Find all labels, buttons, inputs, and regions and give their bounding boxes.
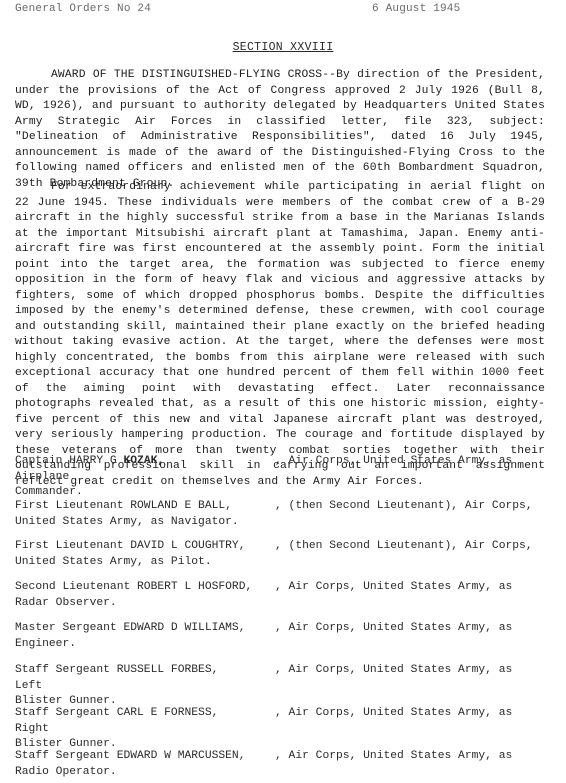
recipient-entry: Master Sergeant EDWARD D WILLIAMS,, Air … <box>15 621 545 652</box>
recipient-rank-name: Captain HARRY G <box>15 455 117 467</box>
recipient-entry: Staff Sergeant RUSSELL FORBES,, Air Corp… <box>15 663 545 710</box>
recipient-rank-name: First Lieutenant DAVID L COUGHTRY, <box>15 539 275 555</box>
recipient-entry: Second Lieutenant ROBERT L HOSFORD,, Air… <box>15 580 545 611</box>
section-title: SECTION XXVIII <box>0 41 566 54</box>
order-date: 6 August 1945 <box>372 3 460 15</box>
award-title: AWARD OF THE DISTINGUISHED-FLYING CROSS <box>51 69 322 81</box>
recipient-entry: First Lieutenant DAVID L COUGHTRY,, (the… <box>15 539 545 570</box>
recipient-detail: , Air Corps, United States Army, as <box>275 622 512 634</box>
document-page: General Orders No 24 6 August 1945 SECTI… <box>0 0 566 783</box>
recipient-entry: First Lieutenant ROWLAND E BALL,, (then … <box>15 499 545 530</box>
recipient-detail: , Air Corps, United States Army, as <box>275 581 512 593</box>
recipient-rank-name: Staff Sergeant EDWARD W MARCUSSEN, <box>15 749 275 765</box>
recipient-role: Radar Observer. <box>15 597 117 609</box>
general-orders-number: General Orders No 24 <box>15 3 151 15</box>
recipient-rank-name: First Lieutenant ROWLAND E BALL, <box>15 499 275 515</box>
recipient-detail: , (then Second Lieutenant), Air Corps, <box>275 500 533 512</box>
citation-text: For extraordinary achievement while part… <box>15 181 545 488</box>
award-authority-text: --By direction of the President, under t… <box>15 69 545 190</box>
recipient-role: United States Army, as Pilot. <box>15 556 212 568</box>
citation-paragraph: For extraordinary achievement while part… <box>15 180 545 490</box>
recipient-surname: KOZAK, <box>123 455 164 467</box>
recipient-rank-name: Master Sergeant EDWARD D WILLIAMS, <box>15 621 275 637</box>
recipient-rank-name: Second Lieutenant ROBERT L HOSFORD, <box>15 580 275 596</box>
recipient-detail: , Air Corps, United States Army, as <box>275 750 512 762</box>
award-paragraph: AWARD OF THE DISTINGUISHED-FLYING CROSS-… <box>15 68 545 192</box>
recipient-role: Commander. <box>15 486 83 498</box>
recipient-detail: , (then Second Lieutenant), Air Corps, <box>275 540 533 552</box>
recipient-entry: Captain HARRY G KOZAK,, Air Corps, Unite… <box>15 454 545 501</box>
recipient-entry: Staff Sergeant CARL E FORNESS,, Air Corp… <box>15 706 545 753</box>
recipient-entry: Staff Sergeant EDWARD W MARCUSSEN,, Air … <box>15 749 545 780</box>
recipient-role: United States Army, as Navigator. <box>15 516 239 528</box>
recipient-rank-name: Staff Sergeant RUSSELL FORBES, <box>15 663 275 679</box>
recipient-rank-name: Staff Sergeant CARL E FORNESS, <box>15 706 275 722</box>
recipient-role: Engineer. <box>15 638 76 650</box>
recipient-role: Radio Operator. <box>15 766 117 778</box>
